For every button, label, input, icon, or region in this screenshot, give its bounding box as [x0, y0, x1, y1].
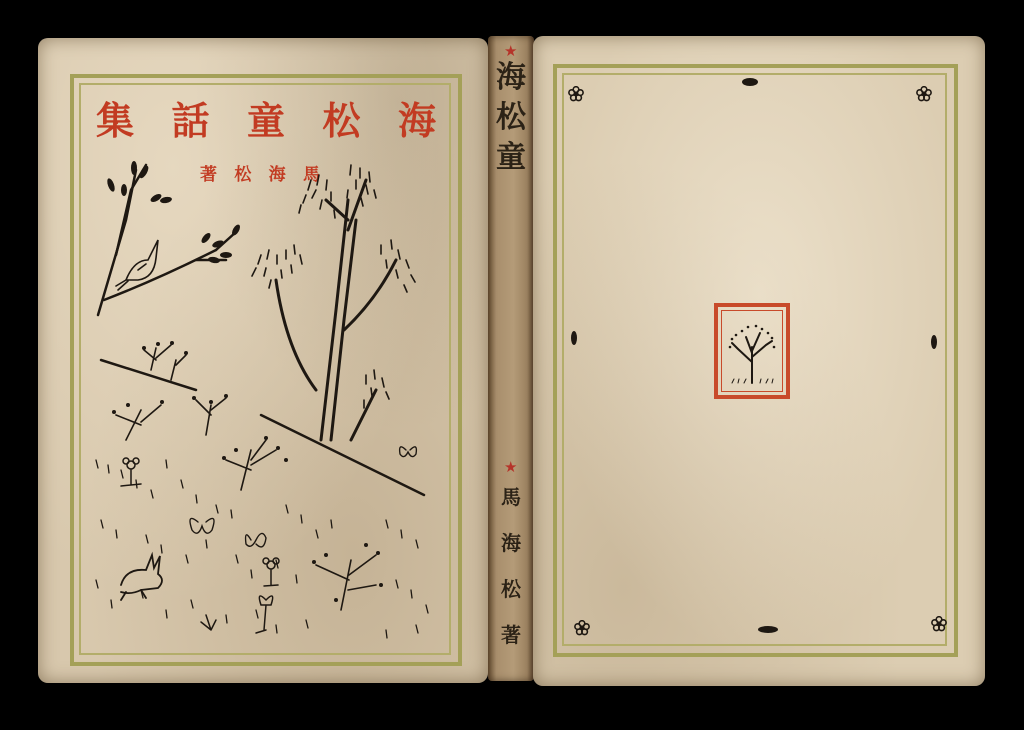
- title-char: 童: [247, 90, 285, 145]
- spine-title-char: 海: [496, 58, 526, 98]
- flower-ornament-icon: [931, 616, 947, 632]
- spine-author-char: 著: [501, 612, 521, 658]
- hill-line: [261, 415, 424, 495]
- tree-stamp: [714, 303, 790, 399]
- flower-ornament-icon: [916, 86, 932, 102]
- title-char: 海: [398, 90, 436, 145]
- spine-title: 海 松 童: [488, 58, 534, 178]
- hill-line: [101, 360, 196, 390]
- cover-illustration: [86, 160, 446, 650]
- bird-icon: [116, 240, 158, 290]
- spine-author-char: 馬: [501, 474, 521, 520]
- title-char: 集: [96, 90, 134, 145]
- spine-author-char: 松: [501, 566, 521, 612]
- spine-title-char: 童: [496, 138, 526, 178]
- ornament-mark-icon: [930, 334, 938, 350]
- butterfly-icon: [190, 447, 416, 547]
- spine-title-char: 松: [496, 98, 526, 138]
- spine-author: 馬 海 松 著: [488, 474, 534, 658]
- ornament-mark-icon: [741, 77, 759, 87]
- flower-ornament-icon: [574, 620, 590, 636]
- flower-ornament-icon: [568, 86, 584, 102]
- branch-with-bird-icon: [98, 165, 236, 315]
- title-char: 話: [171, 90, 209, 145]
- tree-icon: [276, 180, 396, 440]
- tree-icon: [726, 317, 778, 387]
- ornament-mark-icon: [570, 330, 578, 346]
- spine-author-char: 海: [501, 520, 521, 566]
- flower-icon: [121, 458, 279, 633]
- grass-strokes: [96, 460, 428, 638]
- ornament-mark-icon: [757, 625, 779, 634]
- book-title: 集 話 童 松 海: [96, 90, 436, 145]
- title-char: 松: [322, 90, 360, 145]
